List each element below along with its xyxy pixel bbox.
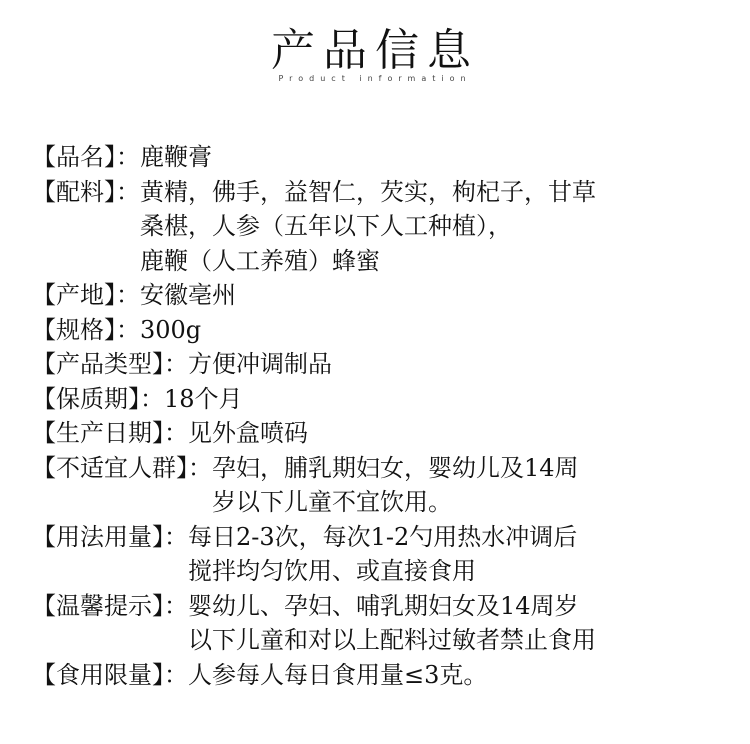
- info-row-usage: 【用法用量】： 每日2-3次，每次1-2勺用热水冲调后 搅拌均匀饮用、或直接食用: [32, 520, 596, 589]
- page-title: 产品信息: [0, 14, 750, 78]
- info-row-spec: 【规格】： 300g: [32, 313, 596, 348]
- info-row-ingredients: 【配料】： 黄精，佛手，益智仁，芡实，枸杞子，甘草 桑椹，人参（五年以下人工种植…: [32, 175, 596, 279]
- info-row-type: 【产品类型】： 方便冲调制品: [32, 347, 596, 382]
- info-label: 【配料】：: [32, 175, 140, 279]
- info-value: 婴幼儿、孕妇、哺乳期妇女及14周岁: [188, 589, 596, 624]
- page-subtitle: Product information: [0, 74, 750, 83]
- info-label: 【食用限量】：: [32, 658, 188, 693]
- info-label: 【规格】：: [32, 313, 140, 348]
- info-label: 【用法用量】：: [32, 520, 188, 589]
- info-value: 孕妇，脯乳期妇女，婴幼儿及14周: [212, 451, 579, 486]
- info-value: 黄精，佛手，益智仁，芡实，枸杞子，甘草: [140, 175, 596, 210]
- info-value: 人参每人每日食用量≤3克。: [188, 658, 487, 693]
- info-value: 每日2-3次，每次1-2勺用热水冲调后: [188, 520, 577, 555]
- info-label: 【产地】：: [32, 278, 140, 313]
- info-value: 以下儿童和对以上配料过敏者禁止食用: [188, 623, 596, 658]
- info-label: 【品名】：: [32, 140, 140, 175]
- info-label: 【不适宜人群】：: [32, 451, 212, 520]
- info-label: 【保质期】：: [32, 382, 164, 417]
- info-label: 【生产日期】：: [32, 416, 188, 451]
- info-value: 岁以下儿童不宜饮用。: [212, 485, 579, 520]
- info-row-unsuitable: 【不适宜人群】： 孕妇，脯乳期妇女，婴幼儿及14周 岁以下儿童不宜饮用。: [32, 451, 596, 520]
- info-value: 18个月: [164, 382, 243, 417]
- info-row-production-date: 【生产日期】： 见外盒喷码: [32, 416, 596, 451]
- info-value: 鹿鞭膏: [140, 140, 212, 175]
- info-value: 搅拌均匀饮用、或直接食用: [188, 554, 577, 589]
- info-label: 【温馨提示】：: [32, 589, 188, 658]
- info-value: 鹿鞭（人工养殖）蜂蜜: [140, 244, 596, 279]
- info-value: 安徽亳州: [140, 278, 236, 313]
- product-info-list: 【品名】： 鹿鞭膏 【配料】： 黄精，佛手，益智仁，芡实，枸杞子，甘草 桑椹，人…: [32, 140, 596, 692]
- info-value: 300g: [140, 313, 201, 348]
- info-row-origin: 【产地】： 安徽亳州: [32, 278, 596, 313]
- info-row-name: 【品名】： 鹿鞭膏: [32, 140, 596, 175]
- info-value: 方便冲调制品: [188, 347, 332, 382]
- info-value: 见外盒喷码: [188, 416, 308, 451]
- info-row-limit: 【食用限量】： 人参每人每日食用量≤3克。: [32, 658, 596, 693]
- info-label: 【产品类型】：: [32, 347, 188, 382]
- info-value: 桑椹，人参（五年以下人工种植），: [140, 209, 596, 244]
- info-row-shelf-life: 【保质期】： 18个月: [32, 382, 596, 417]
- info-row-tips: 【温馨提示】： 婴幼儿、孕妇、哺乳期妇女及14周岁 以下儿童和对以上配料过敏者禁…: [32, 589, 596, 658]
